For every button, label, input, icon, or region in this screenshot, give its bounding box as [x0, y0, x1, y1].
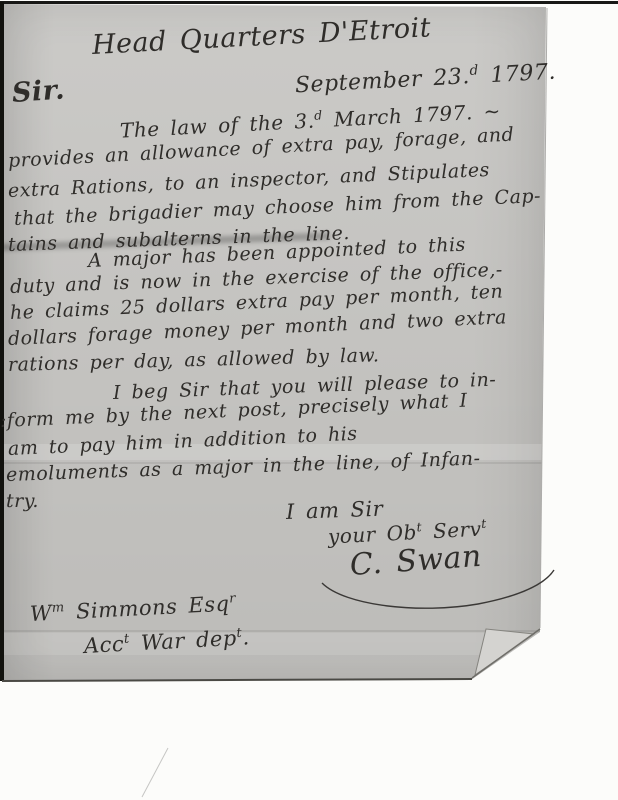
salutation: Sir.	[11, 74, 66, 109]
letter-line: rations per day, as allowed by law.	[8, 344, 380, 376]
letter-line: try.	[6, 490, 39, 512]
letter-text: Head Quarters D'Etroit September 23.d 17…	[0, 0, 618, 800]
recipient-superscript: m	[51, 600, 65, 616]
recipient-office: Acct War dept.	[83, 625, 250, 658]
letterhead-place: Head Quarters D'Etroit	[91, 12, 432, 61]
date-year: 1797.	[478, 60, 556, 89]
recipient-superscript: r	[229, 591, 237, 606]
date-text: September 23.	[294, 64, 470, 98]
recipient-text: .	[242, 625, 250, 649]
recipient-text: Simmons Esq	[64, 592, 230, 625]
letterhead-date: September 23.d 1797.	[294, 58, 556, 98]
closing-line: I am Sir	[286, 497, 384, 524]
recipient-text: W	[29, 601, 52, 626]
closing-superscript: t	[481, 516, 487, 531]
recipient-text: War dep	[129, 626, 237, 656]
scanned-letter-page: Head Quarters D'Etroit September 23.d 17…	[0, 0, 618, 800]
recipient-text: Acc	[83, 632, 124, 658]
recipient-name: Wm Simmons Esqr	[29, 591, 236, 626]
